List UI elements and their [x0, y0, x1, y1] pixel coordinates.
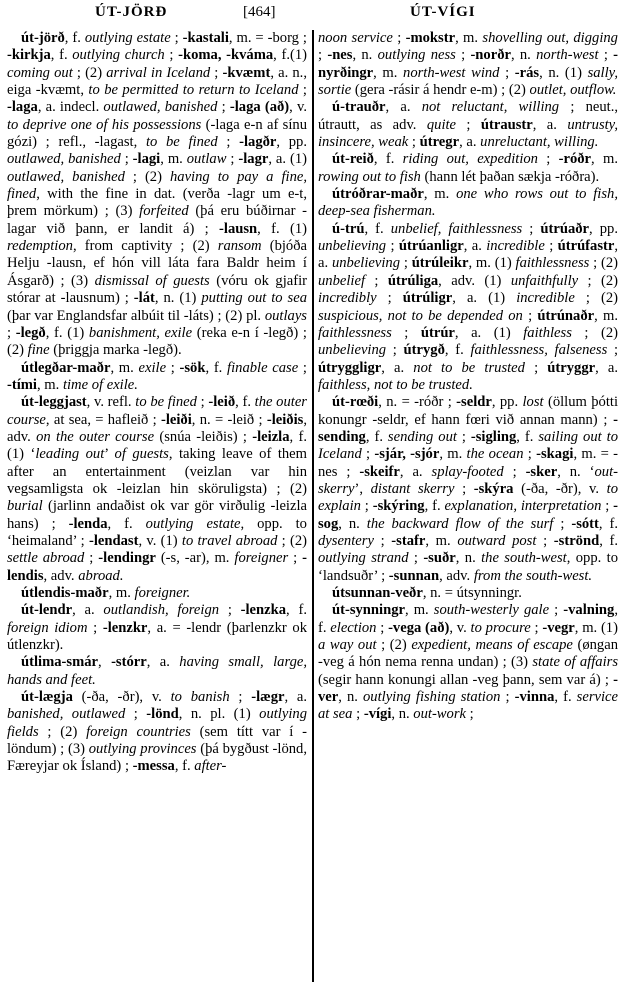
dictionary-entry: út-lægja (-ða, -ðr), v. to banish ; -læg…: [7, 689, 307, 776]
dictionary-entry: út-lendr, a. outlandish, foreign ; -lenz…: [7, 602, 307, 654]
dictionary-entry: útsunnan-veðr, n. = útsynningr.: [318, 585, 618, 602]
right-guide-word: ÚT-VÍGI: [410, 4, 476, 21]
dictionary-entry: útróðrar-maðr, m. one who rows out to fi…: [318, 186, 618, 221]
page-header: ÚT-JÖRÐ [464] ÚT-VÍGI: [0, 4, 625, 26]
dictionary-entry: út-leggjast, v. refl. to be fined ; -lei…: [7, 394, 307, 585]
dictionary-entry: út-jörð, f. outlying estate ; -kastali, …: [7, 30, 307, 360]
dictionary-entry: útlendis-maðr, m. foreigner.: [7, 585, 307, 602]
left-column: út-jörð, f. outlying estate ; -kastali, …: [7, 30, 307, 776]
page-number: [464]: [243, 4, 276, 21]
dictionary-entry: útlegðar-maðr, m. exile ; -sök, f. finab…: [7, 360, 307, 395]
dictionary-entry: noon service ; -mokstr, m. shovelling ou…: [318, 30, 618, 99]
right-column: noon service ; -mokstr, m. shovelling ou…: [318, 30, 618, 724]
column-divider: [312, 30, 314, 982]
dictionary-entry: út-reið, f. riding out, expedition ; -ró…: [318, 151, 618, 186]
dictionary-entry: út-synningr, m. south-westerly gale ; -v…: [318, 602, 618, 723]
dictionary-entry: útlima-smár, -stórr, a. having small, la…: [7, 654, 307, 689]
dictionary-entry: út-rœði, n. = -róðr ; -seldr, pp. lost (…: [318, 394, 618, 585]
dictionary-entry: ú-trú, f. unbelief, faithlessness ; útrú…: [318, 221, 618, 394]
dictionary-entry: ú-trauðr, a. not reluctant, willing ; ne…: [318, 99, 618, 151]
left-guide-word: ÚT-JÖRÐ: [95, 4, 167, 21]
